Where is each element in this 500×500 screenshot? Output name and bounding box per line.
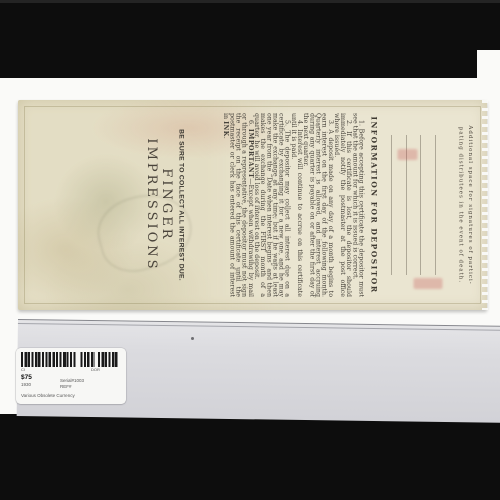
label-ref: REF#: [60, 384, 72, 389]
signature-line: [435, 135, 450, 275]
red-serial-showthrough: [413, 278, 442, 289]
depositor-paragraphs: 1. Before accepting this certificate the…: [223, 113, 364, 297]
depositor-paragraph: 5. The depositor may collect all interes…: [253, 113, 290, 297]
label-serial: Serial#1003: [60, 378, 84, 383]
label-price: $75: [21, 373, 32, 381]
signature-line: [420, 135, 435, 275]
dust-speck: [191, 337, 194, 340]
depositor-paragraph: 2. If this certificate is lost, the depo…: [333, 113, 351, 297]
collect-interest-notice: BE SURE TO COLLECT ALL INTEREST DUE.: [178, 100, 186, 310]
photo-paper-corner: [477, 50, 500, 78]
finger-impressions-label: FINGER IMPRESSIONS: [144, 100, 174, 310]
depositor-paragraph: 6. IMPORTANT—Except when withdrawing by …: [223, 113, 254, 297]
note-line: pating distributees in the event of deat…: [456, 100, 466, 310]
label-year: 1930: [21, 382, 31, 387]
note-line: Additional space for signatures of parti…: [466, 100, 476, 310]
certificate-printed-content: Additional space for signatures of parti…: [18, 100, 487, 310]
depositor-paragraph: 3. A deposit made on any day of a month …: [303, 113, 334, 297]
depositor-paragraph: 1. Before accepting this certificate the…: [352, 113, 364, 297]
dealer-label-card: CI DOR $75 1930 Serial#1003 REF# Various…: [16, 348, 126, 404]
barcode-icon: [21, 352, 119, 367]
label-code-left: CI: [21, 368, 25, 373]
label-code-right: DOR: [91, 368, 100, 373]
depositor-info-heading: INFORMATION FOR DEPOSITOR: [369, 100, 378, 310]
depositor-paragraph: 4. Interest will continue to accrue on t…: [290, 113, 302, 297]
label-description: Various Obsolete Currency: [21, 393, 75, 398]
scan-background-top-sliver: [0, 0, 500, 3]
additional-space-note: Additional space for signatures of parti…: [456, 100, 475, 310]
certificate-back: Additional space for signatures of parti…: [18, 100, 487, 310]
red-serial-showthrough: [397, 149, 417, 160]
dealer-label: CI DOR $75 1930 Serial#1003 REF# Various…: [16, 348, 126, 404]
